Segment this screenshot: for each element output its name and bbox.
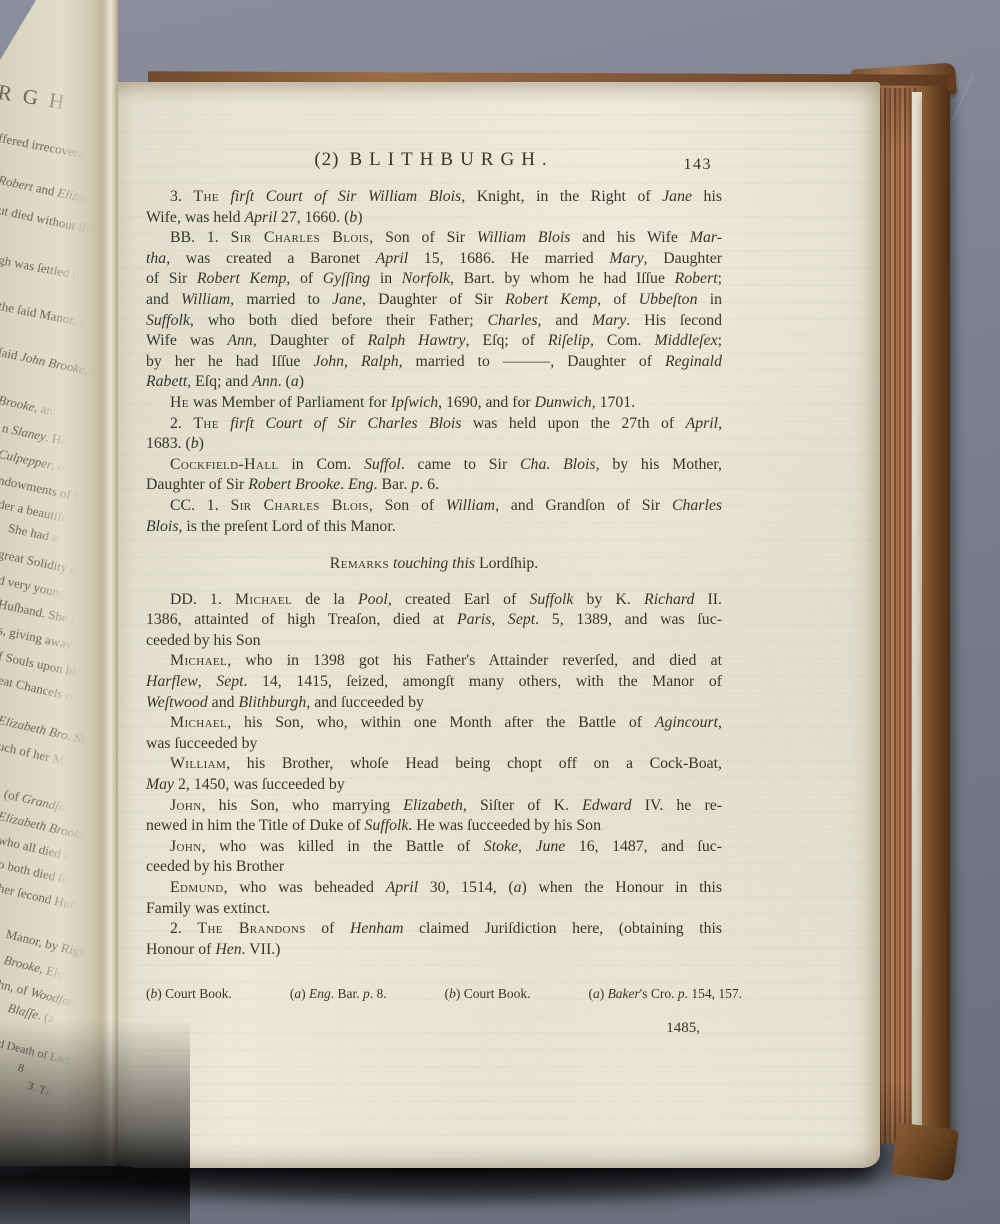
text-line: BB. 1. Sir Charles Blois, Son of Sir Wil… [146, 228, 722, 249]
remarks-heading: Remarks touching this Lordſhip. [146, 554, 722, 575]
left-page-text-fragment: uch of her Ma [0, 738, 71, 770]
left-page-text-fragment: gh was ſettled in [0, 252, 84, 284]
footnote-entry: (a) Baker's Cro. p. 154, 157. [588, 984, 742, 1005]
text-line: Honour of Hen. VII.) [146, 940, 722, 961]
left-page: R G H.ffered irrecoverabRobert and Eliza… [0, 0, 118, 1166]
text-line: by her he had Iſſue John, Ralph, married… [146, 352, 722, 373]
left-page-text-fragment: ut died without iſſu [0, 202, 97, 238]
footnote-entry: (b) Court Book. [146, 984, 232, 1005]
page-text: 3. The firſt Court of Sir William Blois,… [146, 187, 722, 960]
left-page-text-fragment: d Death of Lady [0, 1036, 76, 1070]
text-line: newed in him the Title of Duke of Suffol… [146, 816, 722, 837]
text-line: Blois, is the preſent Lord of this Manor… [146, 517, 722, 538]
book-photo: { "scene": { "background_color": "#7c7f8… [0, 0, 1000, 1224]
running-title: (2)BLITHBURGH. [314, 149, 553, 170]
footnotes-row: (b) Court Book.(a) Eng. Bar. p. 8.(b) Co… [146, 984, 742, 1005]
text-line: Weſtwood and Blithburgh, and ſucceeded b… [146, 693, 722, 714]
text-line: 3. The firſt Court of Sir William Blois,… [146, 187, 722, 208]
text-line: Cockfield-Hall in Com. Suffol. came to S… [146, 455, 722, 476]
text-line: Rabett, Eſq; and Ann. (a) [146, 372, 722, 393]
left-page-text-fragment: ffered irrecoverab [0, 130, 92, 163]
text-line: He was Member of Parliament for Ipſwich,… [146, 393, 722, 414]
left-page-text-fragment: n Slaney. Her [1, 420, 73, 450]
text-line: Harflew, Sept. 14, 1415, ſeized, amongſt… [146, 672, 722, 693]
text-line: Family was extinct. [146, 899, 722, 920]
text-line: Wife, was held April 27, 1660. (b) [146, 208, 722, 229]
text-line: Michael, who in 1398 got his Father's At… [146, 651, 722, 672]
text-line: and William, married to Jane, Daughter o… [146, 290, 722, 311]
cover-bottom-corner [891, 1122, 959, 1181]
left-page-text-fragment: the ſaid Manor, w [0, 298, 90, 331]
left-page-text-fragment: ſaid John Brooke, w [0, 344, 102, 381]
header-section-label: (2) [314, 149, 339, 170]
page-number: 143 [684, 155, 713, 176]
text-line: 2. The firſt Court of Sir Charles Blois … [146, 414, 722, 435]
text-line: CC. 1. Sir Charles Blois, Son of William… [146, 496, 722, 517]
text-line: Daughter of Sir Robert Brooke. Eng. Bar.… [146, 475, 722, 496]
text-line: Michael, his Son, who, within one Month … [146, 713, 722, 734]
book-cover-edge [922, 86, 950, 1162]
text-line: May 2, 1450, was ſucceeded by [146, 775, 722, 796]
left-page-text-fragment: Brooke, and [0, 392, 61, 421]
text-line: Suffolk, who both died before their Fath… [146, 311, 722, 332]
right-page: (2)BLITHBURGH. 143 3. The firſt Court of… [96, 82, 880, 1168]
text-line: DD. 1. Michael de la Pool, created Earl … [146, 590, 722, 611]
text-line: William, his Brother, whoſe Head being c… [146, 754, 722, 775]
text-line: Edmund, who was beheaded April 30, 1514,… [146, 878, 722, 899]
text-line: Wife was Ann, Daughter of Ralph Hawtry, … [146, 331, 722, 352]
catchword: 1485, [146, 1018, 722, 1039]
text-line: tha, was created a Baronet April 15, 168… [146, 249, 722, 270]
footnote-entry: (b) Court Book. [445, 984, 531, 1005]
page-text-block: (2)BLITHBURGH. 143 3. The firſt Court of… [146, 150, 722, 1039]
text-line: 1386, attainted of high Treaſon, died at… [146, 610, 722, 631]
text-line: was ſucceeded by [146, 734, 722, 755]
left-page-text-fragment: 8. [16, 1060, 28, 1077]
text-line: of Sir Robert Kemp, of Gyſſing in Norfol… [146, 269, 722, 290]
left-page-text-fragment: Robert and Elizab [0, 172, 92, 207]
text-line: ceeded by his Son [146, 631, 722, 652]
left-page-text-fragment: R G H. [0, 80, 77, 117]
footnote-entry: (a) Eng. Bar. p. 8. [290, 984, 387, 1005]
text-line: John, who was killed in the Battle of St… [146, 837, 722, 858]
text-line: John, his Son, who marrying Elizabeth, S… [146, 796, 722, 817]
text-line: 2. The Brandons of Henham claimed Juriſd… [146, 919, 722, 940]
left-page-text-fragment: Culpepper, of [0, 446, 71, 477]
left-page-text-fragment: 3. Th [25, 1078, 54, 1100]
header-title: BLITHBURGH. [349, 149, 553, 170]
text-line: 1683. (b) [146, 434, 722, 455]
text-line: ceeded by his Brother [146, 857, 722, 878]
page-header: (2)BLITHBURGH. 143 [146, 150, 722, 177]
